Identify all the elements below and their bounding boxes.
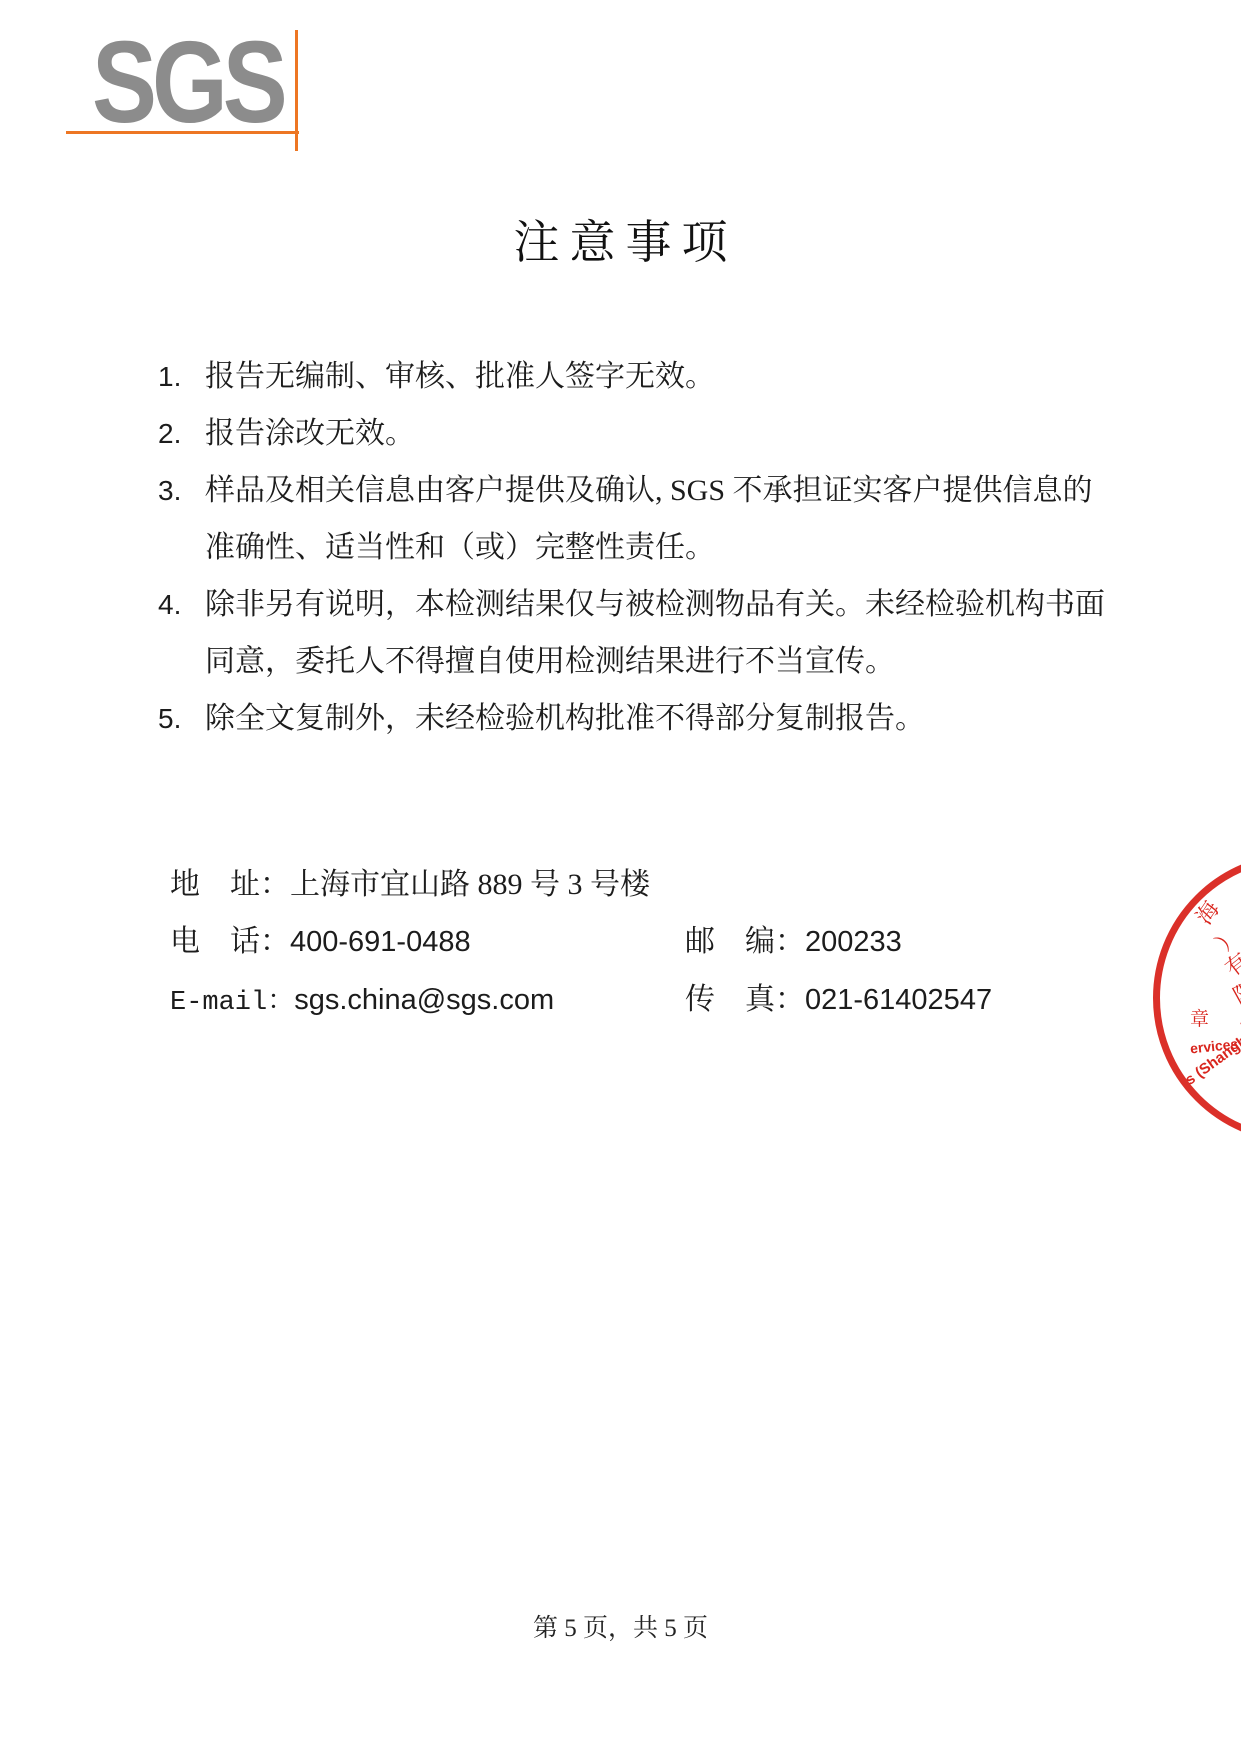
stamp-ring-char: 海 bbox=[1193, 898, 1224, 929]
note-number: 2. bbox=[158, 405, 205, 462]
fax-label: 传 真： bbox=[685, 983, 805, 1016]
stamp-ring-char: 公 bbox=[1236, 1007, 1241, 1035]
note-item-4: 4. 除非另有说明，本检测结果仅与被检测物品有关。未经检验机构书面 同意，委托人… bbox=[158, 576, 1108, 690]
note-item-3: 3. 样品及相关信息由客户提供及确认, SGS 不承担证实客户提供信息的 准确性… bbox=[158, 462, 1108, 576]
note-text: 除全文复制外，未经检验机构批准不得部分复制报告。 bbox=[205, 690, 1108, 747]
phone-value: 400-691-0488 bbox=[290, 926, 471, 958]
note-number: 3. bbox=[158, 462, 205, 519]
zip-label: 邮 编： bbox=[685, 925, 805, 958]
logo-vertical-line bbox=[295, 30, 298, 151]
note-item-1: 1. 报告无编制、审核、批准人签字无效。 bbox=[158, 348, 1108, 405]
address-label: 地 址： bbox=[170, 868, 290, 901]
report-page: SGS 注意事项 1. 报告无编制、审核、批准人签字无效。 2. 报告涂改无效。… bbox=[0, 0, 1241, 1755]
stamp-zhang-char: 章 bbox=[1190, 1010, 1209, 1029]
stamp-ring-char: ） bbox=[1212, 923, 1241, 954]
contact-row-address: 地 址：上海市宜山路 889 号 3 号楼 bbox=[170, 856, 1000, 913]
footer-page-number: 第 5 页，共 5 页 bbox=[0, 1608, 1241, 1644]
contact-row-email-fax: E-mail：sgs.china@sgs.com 传 真：021-6140254… bbox=[170, 971, 1000, 1032]
zip-value: 200233 bbox=[805, 926, 902, 958]
email-label: E-mail： bbox=[170, 988, 294, 1018]
stamp-circle-border bbox=[1153, 853, 1241, 1143]
stamp-services-text: ervices bbox=[1189, 1036, 1239, 1057]
sgs-logo: SGS bbox=[0, 0, 340, 170]
phone-label: 电 话： bbox=[170, 925, 290, 958]
sgs-logo-text: SGS bbox=[92, 32, 283, 132]
note-item-5: 5. 除全文复制外，未经检验机构批准不得部分复制报告。 bbox=[158, 690, 1108, 747]
stamp-ring-char: 限 bbox=[1230, 978, 1241, 1008]
note-text: 样品及相关信息由客户提供及确认, SGS 不承担证实客户提供信息的 准确性、适当… bbox=[205, 462, 1108, 576]
contact-block: 地 址：上海市宜山路 889 号 3 号楼 电 话：400-691-0488 邮… bbox=[170, 856, 1000, 1032]
company-stamp: 海 ） 有 限 公 章 ervices s (Shanghai) S bbox=[1100, 840, 1241, 1150]
note-text: 除非另有说明，本检测结果仅与被检测物品有关。未经检验机构书面 同意，委托人不得擅… bbox=[205, 576, 1108, 690]
fax-value: 021-61402547 bbox=[805, 984, 992, 1016]
note-number: 1. bbox=[158, 348, 205, 405]
stamp-ring-char: 有 bbox=[1222, 950, 1241, 981]
note-text: 报告无编制、审核、批准人签字无效。 bbox=[205, 348, 1108, 405]
address-value: 上海市宜山路 889 号 3 号楼 bbox=[290, 868, 650, 901]
note-text: 报告涂改无效。 bbox=[205, 405, 1108, 462]
note-item-2: 2. 报告涂改无效。 bbox=[158, 405, 1108, 462]
notes-list: 1. 报告无编制、审核、批准人签字无效。 2. 报告涂改无效。 3. 样品及相关… bbox=[158, 348, 1108, 747]
note-number: 4. bbox=[158, 576, 205, 633]
note-number: 5. bbox=[158, 690, 205, 747]
stamp-shanghai-text: s (Shanghai) S bbox=[1182, 1014, 1241, 1089]
contact-row-phone-zip: 电 话：400-691-0488 邮 编：200233 bbox=[170, 913, 1000, 971]
page-title: 注意事项 bbox=[0, 206, 1241, 272]
email-value: sgs.china@sgs.com bbox=[294, 984, 554, 1016]
logo-underline bbox=[66, 131, 299, 134]
